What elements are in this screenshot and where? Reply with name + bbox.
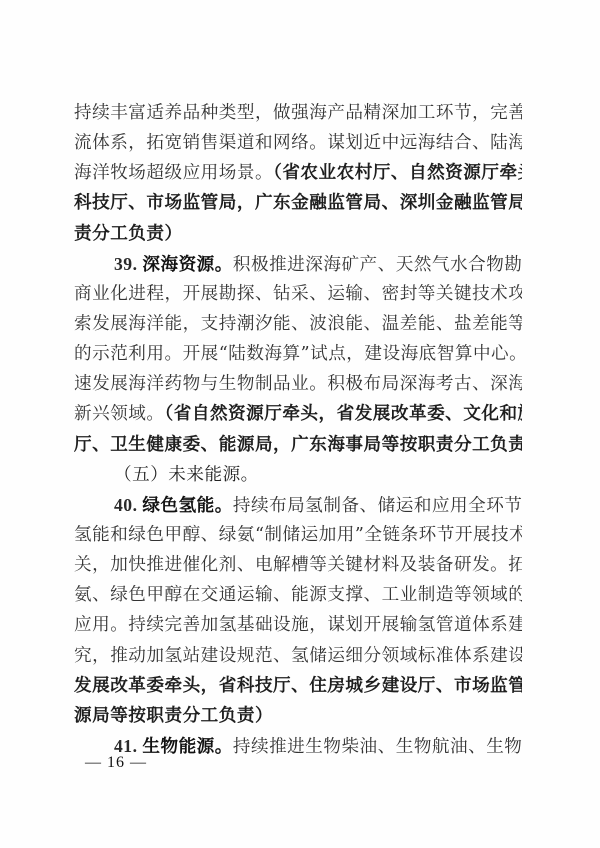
text-line: 的示范利用。开展“陆数海算”试点，建设海底智算中心。加 [74,339,522,369]
text-line: 40. 绿色氢能。持续布局氢制备、储运和应用全环节，围绕 [74,490,522,520]
text-line: 究，推动加氢站建设规范、氢储运细分领域标准体系建设。（省 [74,641,522,671]
text-line: 厅、卫生健康委、能源局，广东海事局等按职责分工负责） [74,430,522,460]
item-heading: 深海资源。 [142,254,232,275]
responsibility-note: 科技厅、市场监管局，广东金融监管局、深圳金融监管局等按职 [74,192,522,213]
text-line: （五）未来能源。 [74,460,522,490]
item-number: 40. [114,495,142,515]
item-heading: 绿色氢能。 [142,495,232,516]
responsibility-note: 发展改革委牵头，省科技厅、住房城乡建设厅、市场监管局、能 [74,675,522,696]
document-body: 持续丰富适养品种类型，做强海产品精深加工环节，完善冷链物流体系，拓宽销售渠道和网… [74,98,522,761]
paragraph-text: 持续布局氢制备、储运和应用全环节，围绕 [233,496,522,516]
text-line: 速发展海洋药物与生物制品业。积极布局深海考古、深海旅游等 [74,369,522,399]
paragraph-text: 商业化进程，开展勘探、钻采、运输、密封等关键技术攻关。探 [74,284,522,304]
responsibility-note: 厅、卫生健康委、能源局，广东海事局等按职责分工负责） [74,434,522,455]
paragraph-text: 海洋牧场超级应用场景。 [74,163,273,183]
text-line: 发展改革委牵头，省科技厅、住房城乡建设厅、市场监管局、能 [74,671,522,701]
page-number: — 16 — [85,754,147,772]
paragraph-text: 应用。持续完善加氢基础设施，谋划开展输氢管道体系建设研 [74,615,522,635]
item-number: 39. [114,254,142,274]
text-line: 商业化进程，开展勘探、钻采、运输、密封等关键技术攻关。探 [74,279,522,309]
responsibility-note: 源局等按职责分工负责） [74,705,273,726]
paragraph-text: 持续丰富适养品种类型，做强海产品精深加工环节，完善冷链物 [74,103,522,123]
paragraph-text: 流体系，拓宽销售渠道和网络。谋划近中远海结合、陆海接力的 [74,133,522,153]
document-page: 持续丰富适养品种类型，做强海产品精深加工环节，完善冷链物流体系，拓宽销售渠道和网… [0,0,600,848]
paragraph-text: 新兴领域。 [74,404,164,424]
paragraph-text: 氨、绿色甲醇在交通运输、能源支撑、工业制造等领域的多元化 [74,585,522,605]
text-line: 39. 深海资源。积极推进深海矿产、天然气水合物勘查开采 [74,249,522,279]
text-line: 应用。持续完善加氢基础设施，谋划开展输氢管道体系建设研 [74,610,522,640]
text-line: 氢能和绿色甲醇、绿氨“制储运加用”全链条环节开展技术攻 [74,520,522,550]
paragraph-text: （五）未来能源。 [114,465,259,485]
paragraph-text: 持续推进生物柴油、生物航油、生物甲醇、 [233,737,522,757]
paragraph-text: 的示范利用。开展“陆数海算”试点，建设海底智算中心。加 [74,344,522,364]
text-line: 新兴领域。（省自然资源厅牵头，省发展改革委、文化和旅游 [74,399,522,429]
text-line: 流体系，拓宽销售渠道和网络。谋划近中远海结合、陆海接力的 [74,128,522,158]
text-line: 氨、绿色甲醇在交通运输、能源支撑、工业制造等领域的多元化 [74,580,522,610]
paragraph-text: 关，加快推进催化剂、电解槽等关键材料及装备研发。拓展氢、 [74,555,522,575]
paragraph-text: 索发展海洋能，支持潮汐能、波浪能、温差能、盐差能等海洋能 [74,314,522,334]
paragraph-text: 究，推动加氢站建设规范、氢储运细分领域标准体系建设。 [74,646,522,666]
text-line: 持续丰富适养品种类型，做强海产品精深加工环节，完善冷链物 [74,98,522,128]
text-line: 责分工负责） [74,219,522,249]
text-line: 科技厅、市场监管局，广东金融监管局、深圳金融监管局等按职 [74,188,522,218]
responsibility-note: 责分工负责） [74,223,183,244]
paragraph-text: 氢能和绿色甲醇、绿氨“制储运加用”全链条环节开展技术攻 [74,525,522,545]
responsibility-note: （省自然资源厅牵头，省发展改革委、文化和旅游 [164,403,522,424]
text-line: 海洋牧场超级应用场景。（省农业农村厅、自然资源厅牵头，省 [74,158,522,188]
responsibility-note: （省农业农村厅、自然资源厅牵头，省 [273,162,522,183]
item-number: 41. [114,736,142,756]
text-line: 索发展海洋能，支持潮汐能、波浪能、温差能、盐差能等海洋能 [74,309,522,339]
item-heading: 生物能源。 [142,736,232,757]
paragraph-text: 速发展海洋药物与生物制品业。积极布局深海考古、深海旅游等 [74,374,522,394]
text-line: 关，加快推进催化剂、电解槽等关键材料及装备研发。拓展氢、 [74,550,522,580]
paragraph-text: 积极推进深海矿产、天然气水合物勘查开采 [233,255,522,275]
text-line: 源局等按职责分工负责） [74,701,522,731]
